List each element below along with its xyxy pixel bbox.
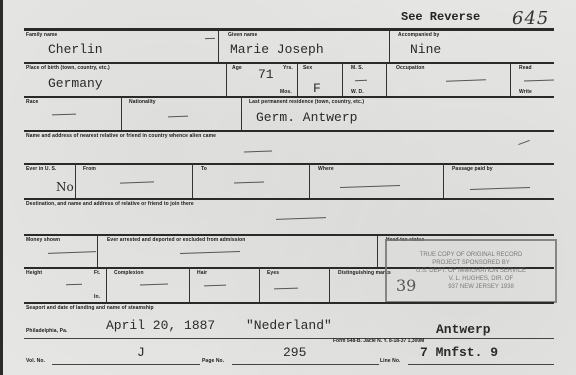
family-name-label: Family name — [26, 32, 57, 38]
height-label: Height — [26, 270, 42, 276]
age-value: 71 — [258, 67, 274, 82]
eyes-label: Eyes — [267, 270, 279, 276]
divider — [121, 97, 122, 130]
divider — [52, 364, 200, 365]
marital-status-label-bottom: W. D. — [351, 89, 364, 95]
card-edge — [0, 0, 3, 375]
distinguishing-marks-label: Distinguishing marks — [338, 270, 391, 276]
divider — [297, 63, 298, 97]
divider — [24, 163, 554, 165]
divider — [24, 62, 554, 64]
line-no-value: 7 Mnfst. 9 — [420, 345, 498, 360]
divider — [386, 63, 387, 97]
divider — [24, 96, 554, 98]
race-label: Race — [26, 99, 38, 105]
vol-no-value: J — [137, 345, 145, 360]
nationality-label: Nationality — [129, 99, 156, 105]
divider — [218, 31, 219, 63]
divider — [389, 31, 390, 63]
vol-no-label: Vol. No. — [26, 358, 45, 364]
ever-in-us-label: Ever in U. S. — [26, 166, 56, 172]
last-residence-label: Last permanent residence (town, country,… — [249, 99, 364, 105]
seaport-port-value: Philadelphia, Pa. — [26, 328, 67, 334]
blank-mark — [140, 284, 168, 286]
divider — [24, 130, 554, 132]
divider — [443, 164, 444, 198]
hair-label: Hair — [197, 270, 207, 276]
last-residence-value: Germ. Antwerp — [256, 110, 357, 125]
read-label: Read — [519, 65, 532, 71]
passage-paid-by-label: Passage paid by — [452, 166, 493, 172]
marital-status-label-top: M. S. — [351, 65, 363, 71]
blank-mark — [48, 251, 96, 254]
blank-mark — [244, 151, 272, 153]
from-label: From — [83, 166, 96, 172]
divider — [192, 164, 193, 198]
blank-mark — [120, 181, 154, 183]
blank-mark — [168, 116, 188, 118]
steamship-name-value: "Nederland" — [246, 318, 332, 333]
see-reverse-heading: See Reverse — [401, 10, 480, 24]
blank-mark — [180, 251, 240, 254]
handwritten-number: 645 — [512, 8, 549, 29]
divider — [232, 364, 379, 365]
blank-mark — [518, 140, 530, 145]
divider — [189, 268, 190, 302]
stamp-line: PROJECT SPONSORED BY — [387, 259, 555, 267]
accompanied-by-value: Nine — [410, 42, 441, 57]
blank-mark — [274, 288, 298, 290]
age-yrs-label: Yrs. — [283, 65, 293, 71]
stamp-line: U.S. DEPT. OF IMMIGRATION SERVICE — [387, 267, 555, 275]
age-mos-label: Mos. — [280, 89, 292, 95]
divider — [24, 338, 554, 339]
sex-label: Sex — [303, 65, 312, 71]
divider — [329, 268, 330, 302]
origin-port-value: Antwerp — [436, 322, 491, 337]
blank-mark — [446, 79, 486, 81]
divider — [259, 268, 260, 302]
money-shown-label: Money shown — [26, 237, 60, 243]
landing-date-value: April 20, 1887 — [106, 318, 215, 333]
alien-record-card: See Reverse 645 Family name Cherlin Give… — [0, 0, 576, 375]
to-label: To — [201, 166, 207, 172]
blank-mark — [205, 38, 215, 39]
seaport-label: Seaport and date of landing and name of … — [26, 305, 154, 311]
divider — [342, 63, 343, 97]
blank-mark — [524, 79, 554, 81]
blank-mark — [355, 80, 367, 81]
place-of-birth-label: Place of birth (town, country, etc.) — [26, 65, 110, 71]
blank-mark — [340, 185, 400, 188]
divider — [24, 302, 554, 304]
divider — [510, 63, 511, 97]
divider — [24, 28, 554, 31]
family-name-value: Cherlin — [48, 42, 103, 57]
divider — [226, 63, 227, 97]
line-no-label: Line No. — [380, 358, 401, 364]
divider — [309, 164, 310, 198]
divider — [408, 364, 554, 365]
nearest-relative-label: Name and address of nearest relative or … — [26, 133, 216, 139]
blank-mark — [66, 284, 82, 286]
destination-label: Destination, and name and address of rel… — [26, 201, 194, 207]
divider — [24, 198, 554, 200]
blank-mark — [276, 217, 326, 220]
form-number: Form 548-B. Jacle N. Y. 8-18-37 1,300M — [333, 338, 424, 344]
distinguishing-marks-value: 39 — [396, 276, 416, 295]
blank-mark — [52, 114, 76, 116]
page-no-value: 295 — [283, 345, 306, 360]
given-name-value: Marie Joseph — [230, 42, 324, 57]
arrested-label: Ever arrested and deported or excluded f… — [107, 237, 245, 243]
divider — [97, 235, 98, 267]
blank-mark — [204, 285, 226, 287]
height-ft-label: Ft. — [94, 270, 100, 276]
sex-value: F — [313, 81, 321, 96]
divider — [106, 268, 107, 302]
stamp-line: TRUE COPY OF ORIGINAL RECORD — [387, 251, 555, 259]
occupation-label: Occupation — [396, 65, 425, 71]
write-label: Write — [519, 89, 532, 95]
blank-mark — [470, 187, 530, 190]
ever-in-us-value: No — [56, 180, 74, 194]
age-label: Age — [232, 65, 242, 71]
height-in-label: In. — [94, 294, 100, 300]
place-of-birth-value: Germany — [48, 76, 103, 91]
divider — [75, 164, 76, 198]
page-no-label: Page No. — [202, 358, 224, 364]
blank-mark — [234, 181, 264, 183]
complexion-label: Complexion — [114, 270, 144, 276]
where-label: Where — [318, 166, 334, 172]
divider — [377, 235, 378, 267]
given-name-label: Given name — [228, 32, 257, 38]
accompanied-by-label: Accompanied by — [398, 32, 439, 38]
divider — [24, 234, 554, 236]
divider — [241, 97, 242, 130]
